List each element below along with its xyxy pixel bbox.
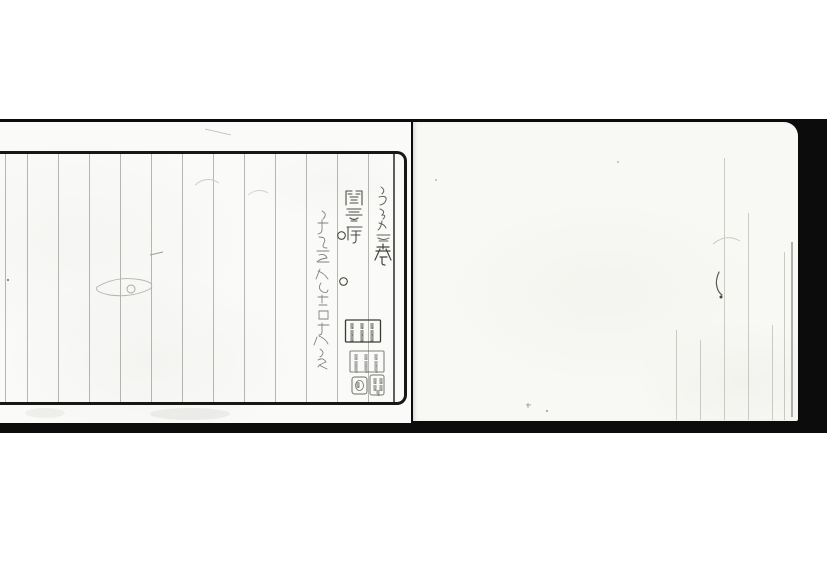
scanner-mat — [0, 119, 827, 433]
left-page — [0, 122, 411, 423]
handwritten-title-column — [368, 183, 398, 269]
seal-small-right — [370, 375, 384, 396]
seal-stamps — [344, 318, 390, 398]
annotation-circle-2 — [338, 276, 349, 287]
handwritten-note-column — [306, 205, 338, 370]
scan-canvas — [0, 0, 827, 585]
annotation-circle-1 — [336, 230, 347, 241]
right-page — [413, 122, 798, 421]
seal-small-left — [352, 377, 367, 394]
seal-middle — [350, 351, 384, 373]
ink-marks — [413, 122, 798, 421]
seal-large — [346, 320, 381, 342]
